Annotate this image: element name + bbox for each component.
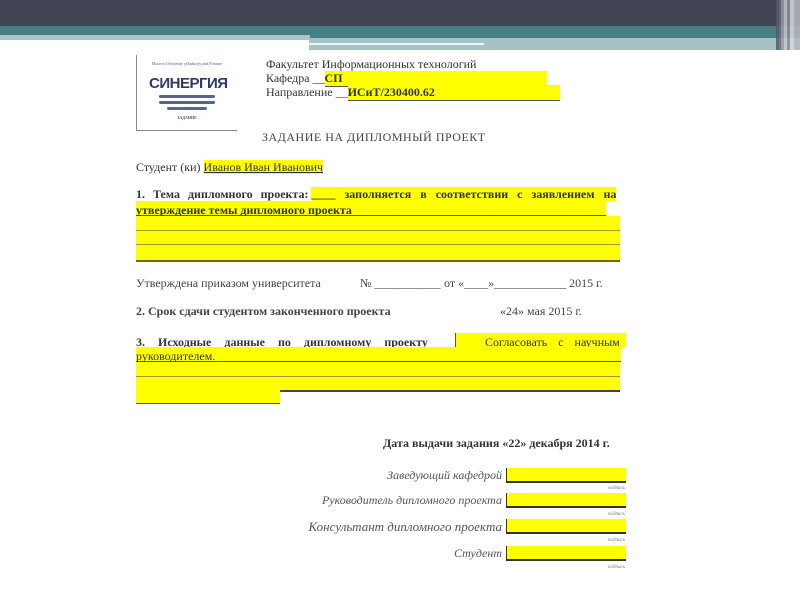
faculty-label: Факультет Информационных технологий [266,57,476,72]
item1-topic-line2-field[interactable]: утверждение темы дипломного проекта [136,201,606,216]
logo-footer: ЗАДАНИЕ [137,115,237,120]
signature-note-student: подпись [608,565,625,570]
item1-line-divider-1 [136,230,620,231]
logo-band-1 [159,95,215,98]
signature-role-consultant: Консультант дипломного проекта [309,519,502,535]
item3-extra-lines[interactable] [136,362,620,392]
slide-top-bar [0,0,800,26]
item2-label: 2. Срок сдачи студентом законченного про… [136,304,391,319]
logo-name: СИНЕРГИЯ [149,75,228,92]
logo-band-3 [167,107,207,110]
issue-date: Дата выдачи задания «22» декабря 2014 г. [383,436,610,451]
item3-source-line1-field[interactable]: ___ Согласовать с научным [455,333,626,347]
direction-field[interactable]: ИСиТ/230400.62 [348,85,560,101]
item3-last-line[interactable] [136,390,280,404]
direction-label: Направление __ [266,85,348,99]
student-name-field[interactable]: Иванов Иван Иванович [204,160,324,174]
logo-band-2 [159,101,215,104]
item1-line-divider-2 [136,244,620,245]
item1-topic-extra-lines[interactable] [136,216,620,262]
university-logo: Moscow University of Industry and Financ… [136,55,237,131]
item3-source-line2-field[interactable]: руководителем. [136,347,621,362]
item1-topic-line1[interactable]: ____ заполняется в соответствии с заявле… [311,187,616,201]
signature-field-supervisor[interactable] [506,493,626,508]
item2-deadline: «24» мая 2015 г. [500,304,582,319]
approved-label: Утверждена приказом университета [136,276,321,291]
signature-field-head[interactable] [506,468,626,483]
approved-number-field[interactable]: № ___________ [360,276,440,291]
signature-field-consultant[interactable] [506,519,626,534]
student-label: Студент (ки) [136,160,201,174]
signature-note-consultant: подпись [608,538,625,543]
signature-role-student: Студент [454,546,502,561]
document-title: ЗАДАНИЕ НА ДИПЛОМНЫЙ ПРОЕКТ [262,130,486,145]
slide-accent-strip-left [0,35,310,40]
item3-line-divider [136,376,620,377]
signature-field-student[interactable] [506,546,626,561]
signature-role-head: Заведующий кафедрой [387,468,502,483]
signature-note-supervisor: подпись [608,512,625,517]
item3-source-line2: руководителем. [136,349,215,363]
direction-row: Направление __ИСиТ/230400.62 [266,85,560,101]
department-label: Кафедра __ [266,71,325,85]
item1-row: 1. Тема дипломного проекта: ____ заполня… [136,187,616,202]
signature-role-supervisor: Руководитель дипломного проекта [322,493,502,508]
student-row: Студент (ки) Иванов Иван Иванович [136,160,323,175]
item1-topic-line2: утверждение темы дипломного проекта [136,203,352,217]
logo-tagline-top: Moscow University of Industry and Financ… [137,61,237,66]
signature-note-head: подпись [608,486,625,491]
item1-label: 1. Тема дипломного проекта: [136,187,308,201]
approved-date-field[interactable]: от «____»____________ 2015 г. [444,276,603,291]
slide-accent-line [309,43,484,45]
slide-corner-stripes [776,0,800,50]
